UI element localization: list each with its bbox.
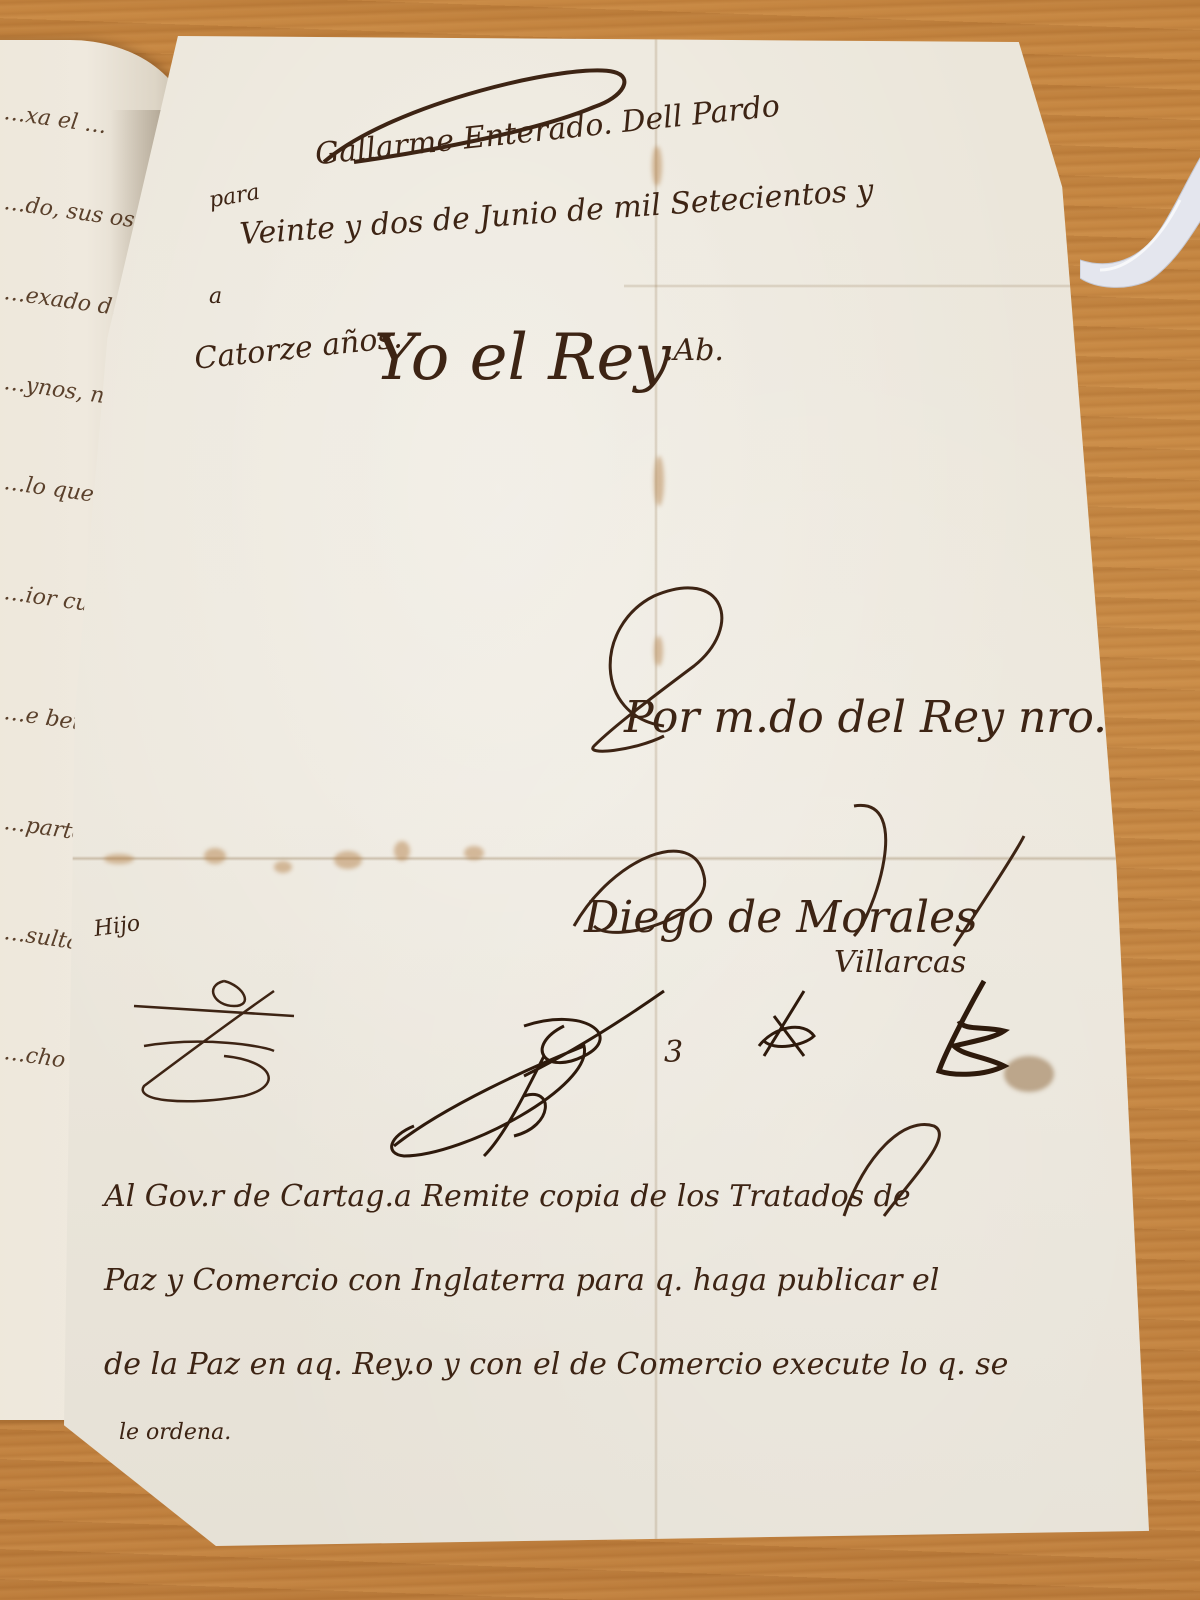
countersignature-line-3: Villarcas: [834, 948, 966, 978]
left-page-line: …cho: [2, 1040, 67, 1073]
endorsement-line-4: le ordena.: [119, 1422, 231, 1444]
line-2: Veinte y dos de Junio de mil Setecientos…: [239, 176, 875, 250]
ribbon-bookmark-icon: [1080, 120, 1200, 300]
small-mark: 3: [664, 1038, 683, 1068]
rubric-icon: [744, 986, 824, 1066]
left-page-line: …xa el …: [2, 100, 108, 139]
fold-line-upper: [624, 284, 1144, 288]
margin-note: Hijo: [93, 913, 142, 941]
endorsement-line-3: de la Paz en aq. Rey.o y con el de Comer…: [104, 1350, 1008, 1380]
line-1-prefix: para: [207, 182, 261, 212]
line-3: Catorze años.: [193, 323, 404, 375]
countersignature-line-2: Diego de Morales: [584, 896, 978, 940]
line-2-prefix: a: [209, 286, 222, 308]
rubric-icon: [924, 976, 1014, 1086]
royal-signature: Yo el Rey: [374, 326, 670, 390]
royal-signature-suffix: .Ab.: [664, 336, 724, 366]
rubric-icon: [384, 986, 684, 1166]
rubric-icon: [124, 976, 304, 1106]
manuscript-page: para Gallarme Enterado. Dell Pardo a Vei…: [64, 36, 1149, 1546]
endorsement-line-2: Paz y Comercio con Inglaterra para q. ha…: [104, 1266, 939, 1296]
fold-line-vertical: [654, 36, 658, 1546]
endorsement-line-1: Al Gov.r de Cartag.a Remite copia de los…: [104, 1182, 911, 1212]
line-1: Gallarme Enterado. Dell Pardo: [314, 92, 782, 171]
countersignature-line-1: Por m.do del Rey nro. S.r: [624, 696, 1185, 740]
fold-line-horizontal: [64, 856, 1149, 861]
